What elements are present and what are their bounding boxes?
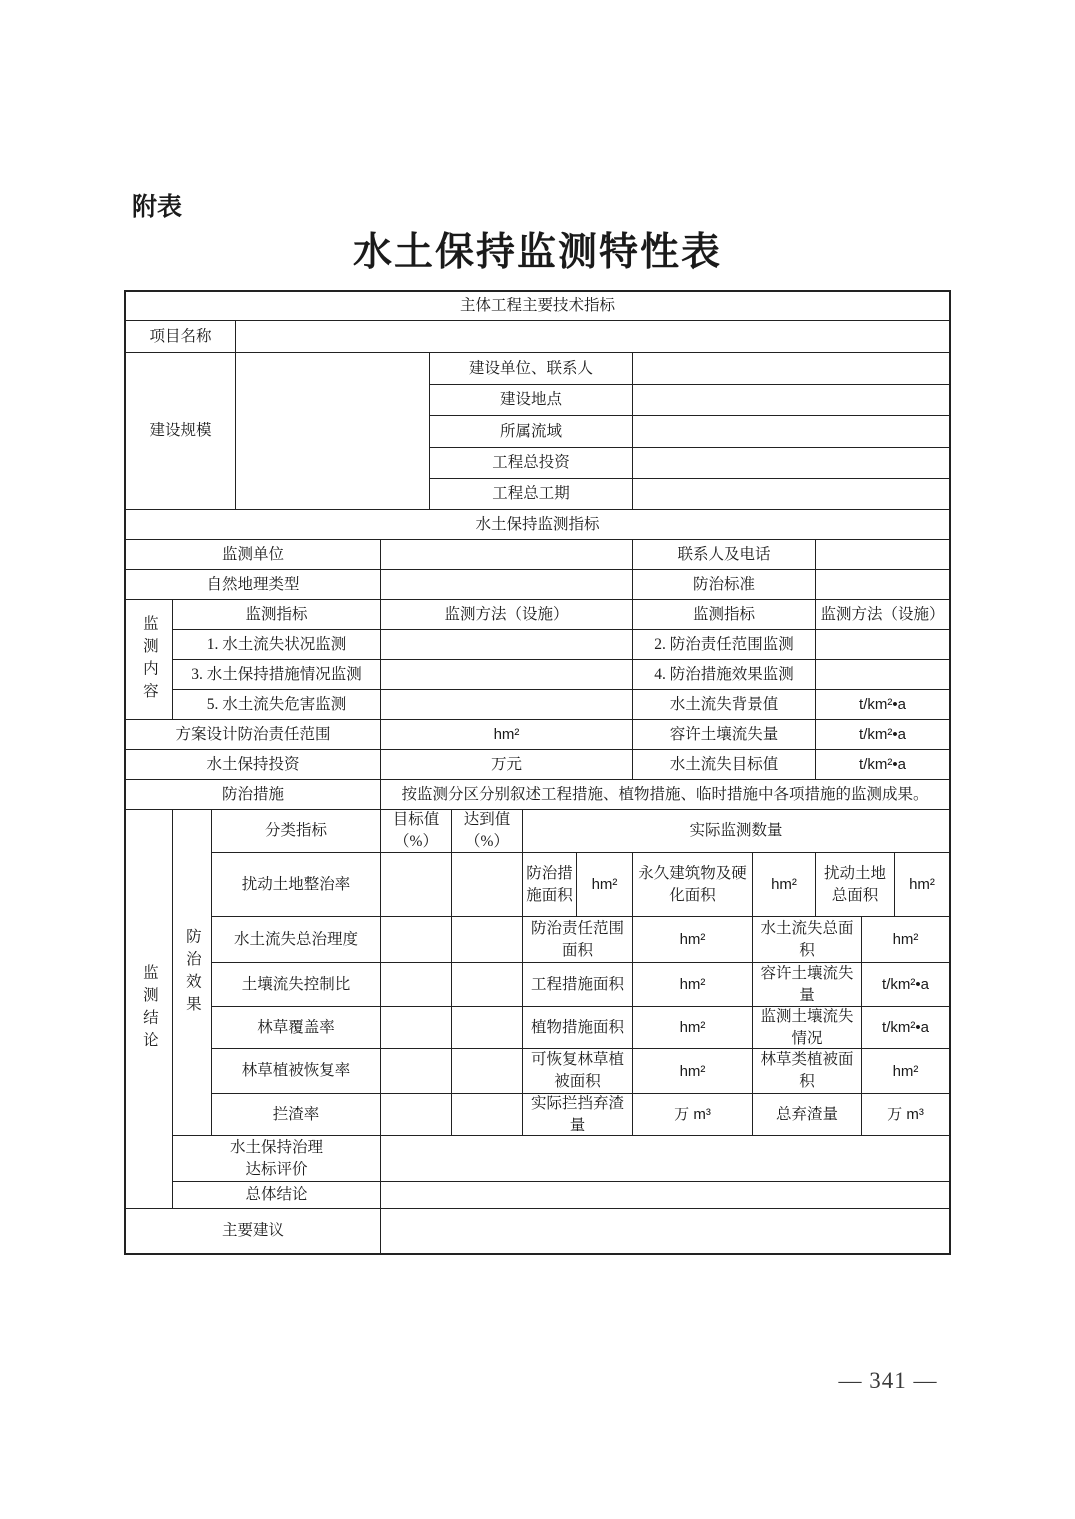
indicator-header-right: 监测指标 [633,600,816,630]
row-control-ratio-c2: 容许土壤流失量 [753,963,862,1007]
total-duration-label: 工程总工期 [430,479,633,510]
row-debris-reached [452,1094,523,1136]
project-name-value [236,321,949,353]
contact-phone-label: 联系人及电话 [633,540,816,570]
overall-conclusion-label: 总体结论 [173,1182,381,1209]
conservation-investment-label: 水土保持投资 [126,750,381,780]
design-scope-unit: hm² [381,720,633,750]
row-loss-control-c1: 防治责任范围面积 [523,917,633,963]
row-coverage-u1: hm² [633,1007,753,1049]
row-disturbed-land-c3: 扰动土地总面积 [816,853,895,917]
item4-method-value [816,660,949,690]
row-coverage-c2: 监测土壤流失情况 [753,1007,862,1049]
item-responsibility-scope: 2. 防治责任范围监测 [633,630,816,660]
row-recovery-target [381,1049,452,1094]
project-name-label: 项目名称 [126,321,236,353]
classify-indicator-header: 分类指标 [212,810,381,853]
loss-target-label: 水土流失目标值 [633,750,816,780]
actual-quantity-header: 实际监测数量 [523,810,949,853]
row-disturbed-land-c1: 防治措施面积 [523,853,577,917]
item1-method-value [381,630,633,660]
row-control-ratio-target [381,963,452,1007]
item3-method-value [381,660,633,690]
row-coverage-name: 林草覆盖率 [212,1007,381,1049]
row-recovery-c1: 可恢复林草植被面积 [523,1049,633,1094]
control-effect-label: 防治效果 [173,810,212,1136]
row-coverage-reached [452,1007,523,1049]
achievement-eval-value [381,1136,949,1182]
item-soil-loss-status: 1. 水土流失状况监测 [173,630,381,660]
monitor-indicators-header: 水土保持监测指标 [126,510,949,540]
item-measures-effect: 4. 防治措施效果监测 [633,660,816,690]
allowable-loss-label: 容许土壤流失量 [633,720,816,750]
loss-target-unit: t/km²•a [816,750,949,780]
design-scope-label: 方案设计防治责任范围 [126,720,381,750]
build-location-value [633,385,949,416]
monitor-unit-label: 监测单位 [126,540,381,570]
row-control-ratio-u2: t/km²•a [862,963,949,1007]
row-loss-control-reached [452,917,523,963]
monitoring-characteristics-table: 主体工程主要技术指标 项目名称 建设规模 建设单位、联系人 建设地点 所属流域 … [124,290,951,1255]
item-soil-loss-harm: 5. 水土流失危害监测 [173,690,381,720]
row-coverage-target [381,1007,452,1049]
owner-contact-value [633,353,949,385]
row-disturbed-land-reached [452,853,523,917]
row-loss-control-u1: hm² [633,917,753,963]
control-measures-note: 按监测分区分别叙述工程措施、植物措施、临时措施中各项措施的监测成果。 [381,780,949,810]
geo-type-label: 自然地理类型 [126,570,381,600]
item-measures-status: 3. 水土保持措施情况监测 [173,660,381,690]
method-header-right: 监测方法（设施） [816,600,949,630]
allowable-loss-unit: t/km²•a [816,720,949,750]
row-disturbed-land-u1: hm² [577,853,633,917]
row-loss-control-u2: hm² [862,917,949,963]
control-measures-label: 防治措施 [126,780,381,810]
river-basin-label: 所属流域 [430,416,633,448]
row-disturbed-land-name: 扰动土地整治率 [212,853,381,917]
row-recovery-reached [452,1049,523,1094]
item2-method-value [816,630,949,660]
method-header-left: 监测方法（设施） [381,600,633,630]
page-number: — 341 — [818,1368,958,1394]
control-standard-label: 防治标准 [633,570,816,600]
row-control-ratio-c1: 工程措施面积 [523,963,633,1007]
row-debris-c1: 实际拦挡弃渣量 [523,1094,633,1136]
contact-phone-value [816,540,949,570]
achievement-eval-label: 水土保持治理 达标评价 [173,1136,381,1182]
monitor-content-label: 监测内容 [126,600,173,720]
owner-contact-label: 建设单位、联系人 [430,353,633,385]
row-recovery-u1: hm² [633,1049,753,1094]
total-duration-value [633,479,949,510]
row-disturbed-land-u2: hm² [753,853,816,917]
row-debris-target [381,1094,452,1136]
row-debris-c2: 总弃渣量 [753,1094,862,1136]
geo-type-value [381,570,633,600]
construction-scale-label: 建设规模 [126,353,236,510]
document-page: 附表 水土保持监测特性表 主体工程主要技术指标 项目名称 建设规模 建设单位、联… [0,0,1075,1519]
row-debris-name: 拦渣率 [212,1094,381,1136]
row-recovery-name: 林草植被恢复率 [212,1049,381,1094]
row-disturbed-land-target [381,853,452,917]
row-control-ratio-name: 土壤流失控制比 [212,963,381,1007]
row-recovery-u2: hm² [862,1049,949,1094]
conservation-investment-unit: 万元 [381,750,633,780]
control-standard-value [816,570,949,600]
monitor-unit-value [381,540,633,570]
total-investment-value [633,448,949,479]
row-debris-u2: 万 m³ [862,1094,949,1136]
overall-conclusion-value [381,1182,949,1209]
main-suggestion-label: 主要建议 [126,1209,381,1253]
row-coverage-u2: t/km²•a [862,1007,949,1049]
reached-percent-header: 达到值 （%） [452,810,523,853]
row-recovery-c2: 林草类植被面积 [753,1049,862,1094]
build-location-label: 建设地点 [430,385,633,416]
page-title: 水土保持监测特性表 [126,230,949,277]
row-loss-control-name: 水土流失总治理度 [212,917,381,963]
row-debris-u1: 万 m³ [633,1094,753,1136]
row-coverage-c1: 植物措施面积 [523,1007,633,1049]
item5-method-value [381,690,633,720]
row-loss-control-c2: 水土流失总面积 [753,917,862,963]
row-disturbed-land-c2: 永久建筑物及硬化面积 [633,853,753,917]
background-value-label: 水土流失背景值 [633,690,816,720]
monitor-conclusion-label: 监测结论 [126,810,173,1209]
indicator-header-left: 监测指标 [173,600,381,630]
construction-scale-value [236,353,430,510]
row-disturbed-land-u3: hm² [895,853,949,917]
appendix-label: 附表 [132,192,182,222]
main-tech-indicators-header: 主体工程主要技术指标 [126,292,949,321]
main-suggestion-value [381,1209,949,1253]
row-control-ratio-u1: hm² [633,963,753,1007]
background-value-unit: t/km²•a [816,690,949,720]
row-control-ratio-reached [452,963,523,1007]
row-loss-control-target [381,917,452,963]
target-percent-header: 目标值 （%） [381,810,452,853]
total-investment-label: 工程总投资 [430,448,633,479]
river-basin-value [633,416,949,448]
